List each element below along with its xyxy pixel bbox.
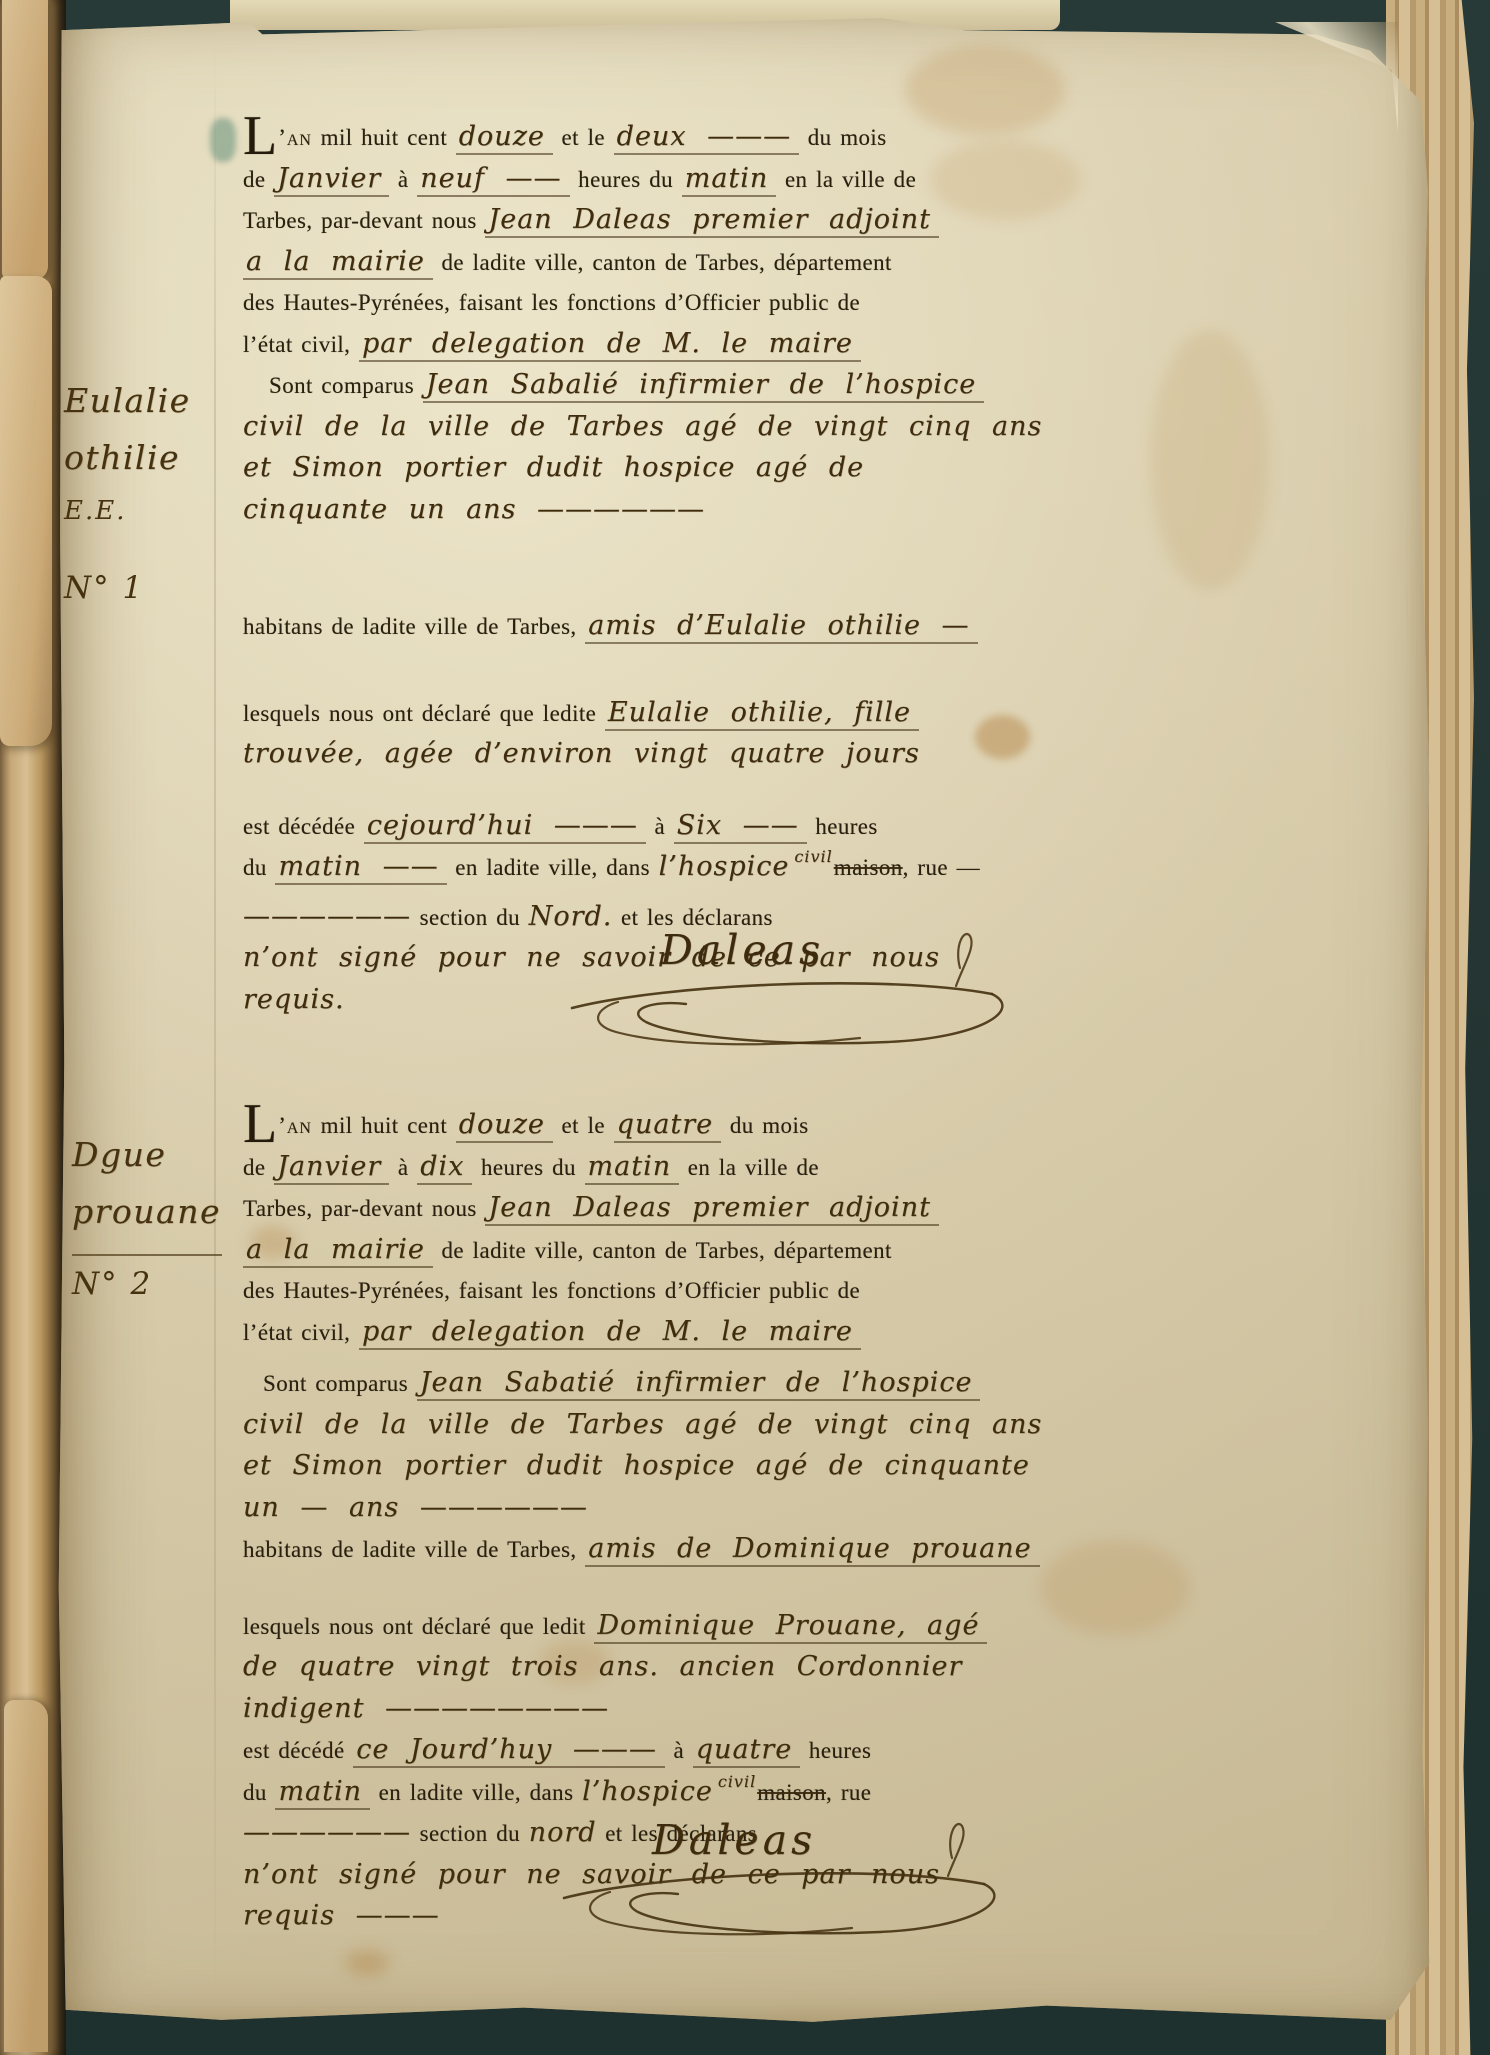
handwritten-superscript: civil [718,1772,756,1791]
printed-form-text: du mois [721,1113,808,1138]
record-line: lesquels nous ont déclaré que ledite Eul… [243,694,1163,736]
printed-form-text: de [243,167,274,192]
handwritten-fill-in: Janvier [274,1151,389,1185]
margin-abbreviation: E.E. [64,486,234,536]
record-line: lesquels nous ont déclaré que ledit Domi… [243,1607,1163,1649]
handwritten-text: l’hospice [659,851,790,882]
handwritten-text: requis. [243,984,345,1015]
record-line: Tarbes, par-devant nous Jean Daleas prem… [243,1189,1163,1231]
signature-record-1: Daleas [556,912,1036,1072]
printed-form-text: à [665,1738,693,1763]
printed-dropcap: L [243,105,278,167]
handwritten-fill-in: matin [275,1776,370,1810]
struck-printed-text: maison [834,855,903,880]
handwritten-fill-in: Six —— [674,810,807,844]
handwritten-fill-in: dix [417,1151,472,1185]
handwritten-fill-in: a la mairie [243,1234,433,1268]
printed-form-text: en la ville de [679,1155,819,1180]
handwritten-text: civil de la ville de Tarbes agé de vingt… [243,411,1042,442]
record-line: un — ans —————— [243,1489,1163,1531]
signature-name: Daleas [652,1816,816,1864]
handwritten-text: indigent ———————— [243,1693,609,1724]
record-line: Sont comparus Jean Sabalié infirmier de … [269,366,1163,408]
binding-torn-flap [2,0,48,280]
printed-form-text: habitans de ladite ville de Tarbes, [243,614,585,639]
printed-form-text: heures [807,814,878,839]
record-line: l’état civil, par delegation de M. le ma… [243,325,1163,367]
handwritten-fill-in: Jean Daleas premier adjoint [485,204,939,238]
printed-form-text: , rue [826,1780,871,1805]
handwritten-fill-in: cejourd’hui ——— [364,810,646,844]
handwritten-fill-in: matin —— [275,851,446,885]
signature-record-2: Daleas [548,1802,1028,1962]
printed-form-text: , rue — [903,855,980,880]
margin-deceased-name: Eulalie [64,372,234,429]
printed-form-text: heures [800,1738,871,1763]
margin-note-record-2: Dgue prouane N° 2 [72,1126,262,1306]
record-line: habitans de ladite ville de Tarbes, amis… [243,1530,1163,1572]
printed-form-text: des Hautes-Pyrénées, faisant les fonctio… [243,1278,860,1303]
printed-form-text: est décédée [243,814,364,839]
printed-form-text: Tarbes, par-devant nous [243,1196,485,1221]
stain [345,1950,389,1976]
stain [1150,330,1270,590]
printed-form-text: du [243,855,275,880]
handwritten-text: un — ans —————— [243,1492,588,1523]
printed-form-text: à [646,814,674,839]
handwritten-fill-in: Jean Sabatié infirmier de l’hospice [417,1367,981,1401]
record-line: civil de la ville de Tarbes agé de vingt… [243,408,1163,450]
record-line: L’an mil huit cent douze et le quatre du… [243,1106,1163,1148]
handwritten-fill-in: deux ——— [614,121,799,155]
handwritten-text: civil de la ville de Tarbes agé de vingt… [243,1409,1042,1440]
handwritten-fill-in: quatre [693,1734,801,1768]
margin-rule [72,1254,222,1256]
record-line: a la mairie de ladite ville, canton de T… [243,1231,1163,1273]
binding-torn-flap [4,1700,48,2052]
handwritten-fill-in: ce Jourd’huy ——— [353,1734,665,1768]
record-line: et Simon portier dudit hospice agé de ci… [243,1447,1163,1489]
handwritten-fill-in: amis d’Eulalie othilie — [585,610,977,644]
record-line: de Janvier à neuf —— heures du matin en … [243,160,1163,202]
printed-form-text: de [243,1155,274,1180]
printed-form-text: du [243,1780,275,1805]
handwritten-text: cinquante un ans —————— [243,494,705,525]
printed-form-text: lesquels nous ont déclaré que ledit [243,1614,594,1639]
binding-torn-flap [0,276,52,746]
printed-form-text: à [389,167,417,192]
record-line: du matin —— en ladite ville, dans l’hosp… [243,848,1163,890]
printed-form-text: Tarbes, par-devant nous [243,208,485,233]
record-line: Tarbes, par-devant nous Jean Daleas prem… [243,201,1163,243]
printed-form-text: mil huit cent [312,125,456,150]
printed-form-text: ’an [278,1113,312,1138]
handwritten-fill-in: amis de Dominique prouane [585,1533,1039,1567]
margin-deceased-name: prouane [72,1183,262,1240]
gutter-crease [214,40,216,2000]
printed-form-text: section du [411,905,529,930]
printed-form-text: du mois [799,125,886,150]
handwritten-fill-in: neuf —— [417,163,569,197]
handwritten-fill-in: a la mairie [243,246,433,280]
printed-form-text: heures du [472,1155,584,1180]
printed-form-text: habitans de ladite ville de Tarbes, [243,1537,585,1562]
record-line: des Hautes-Pyrénées, faisant les fonctio… [243,1272,1163,1313]
record-line: de quatre vingt trois ans. ancien Cordon… [243,1648,1163,1690]
handwritten-fill-in: Dominique Prouane, agé [594,1610,987,1644]
record-line: est décédée cejourd’hui ——— à Six —— heu… [243,807,1163,849]
handwritten-text: et Simon portier dudit hospice agé de ci… [243,1450,1030,1481]
printed-form-text: en ladite ville, dans [447,855,659,880]
handwritten-fill-in: matin [682,163,777,197]
record-line: des Hautes-Pyrénées, faisant les fonctio… [243,284,1163,325]
margin-act-number: N° 1 [64,566,234,610]
record-line: L’an mil huit cent douze et le deux ——— … [243,118,1163,160]
margin-deceased-name: othilie [64,429,234,486]
handwritten-fill-in: matin [585,1151,680,1185]
handwritten-fill-in: par delegation de M. le maire [359,328,861,362]
printed-form-text: Sont comparus [263,1371,417,1396]
handwritten-fill-in: douze [456,121,553,155]
handwritten-fill-in: Eulalie othilie, fille [605,697,919,731]
handwritten-text: —————— [243,901,411,932]
printed-form-text: des Hautes-Pyrénées, faisant les fonctio… [243,290,860,315]
record-line: est décédé ce Jourd’huy ——— à quatre heu… [243,1731,1163,1773]
record-line: indigent ———————— [243,1690,1163,1732]
record-line: habitans de ladite ville de Tarbes, amis… [243,607,1163,649]
register-page-photo: Eulalie othilie E.E. N° 1 Dgue prouane N… [0,0,1490,2055]
printed-form-text: et le [553,1113,614,1138]
printed-form-text: l’état civil, [243,332,359,357]
handwritten-fill-in: quatre [614,1109,722,1143]
printed-form-text: ’an [278,125,312,150]
record-line: cinquante un ans —————— [243,491,1163,533]
signature-name: Daleas [660,926,824,974]
handwritten-fill-in: Jean Sabalié infirmier de l’hospice [423,369,985,403]
printed-form-text: en la ville de [776,167,916,192]
printed-form-text: Sont comparus [269,373,423,398]
record-line: a la mairie de ladite ville, canton de T… [243,243,1163,285]
printed-form-text: est décédé [243,1738,353,1763]
printed-form-text: en ladite ville, dans [370,1780,582,1805]
record-line: trouvée, agée d’environ vingt quatre jou… [243,735,1163,777]
record-line: de Janvier à dix heures du matin en la v… [243,1148,1163,1190]
printed-form-text: de ladite ville, canton de Tarbes, dépar… [433,250,892,275]
handwritten-fill-in: Janvier [274,163,389,197]
printed-dropcap: L [243,1093,278,1155]
handwritten-text: requis ——— [243,1900,440,1931]
printed-form-text: l’état civil, [243,1320,359,1345]
handwritten-text: —————— [243,1817,411,1848]
margin-act-number: N° 2 [72,1262,262,1306]
handwritten-superscript: civil [794,847,832,866]
printed-form-text: et le [553,125,614,150]
handwritten-text: de quatre vingt trois ans. ancien Cordon… [243,1651,962,1682]
ink-smudge [210,118,236,162]
handwritten-fill-in: douze [456,1109,553,1143]
handwritten-fill-in: Jean Daleas premier adjoint [485,1192,939,1226]
printed-form-text: lesquels nous ont déclaré que ledite [243,701,605,726]
handwritten-text: et Simon portier dudit hospice agé de [243,452,864,483]
handwritten-text: trouvée, agée d’environ vingt quatre jou… [243,738,920,769]
death-record-1: L’an mil huit cent douze et le deux ——— … [243,118,1163,1022]
printed-form-text: de ladite ville, canton de Tarbes, dépar… [433,1238,892,1263]
record-line: l’état civil, par delegation de M. le ma… [243,1313,1163,1355]
printed-form-text: heures du [570,167,682,192]
record-line: Sont comparus Jean Sabatié infirmier de … [263,1364,1163,1406]
printed-form-text: mil huit cent [312,1113,456,1138]
record-line: civil de la ville de Tarbes agé de vingt… [243,1406,1163,1448]
printed-form-text: section du [411,1821,529,1846]
printed-form-text: à [389,1155,417,1180]
margin-deceased-name: Dgue [72,1126,262,1183]
struck-printed-text: maison [757,1780,826,1805]
margin-note-record-1: Eulalie othilie E.E. N° 1 [64,372,234,610]
record-line: et Simon portier dudit hospice agé de [243,449,1163,491]
handwritten-fill-in: par delegation de M. le maire [359,1316,861,1350]
